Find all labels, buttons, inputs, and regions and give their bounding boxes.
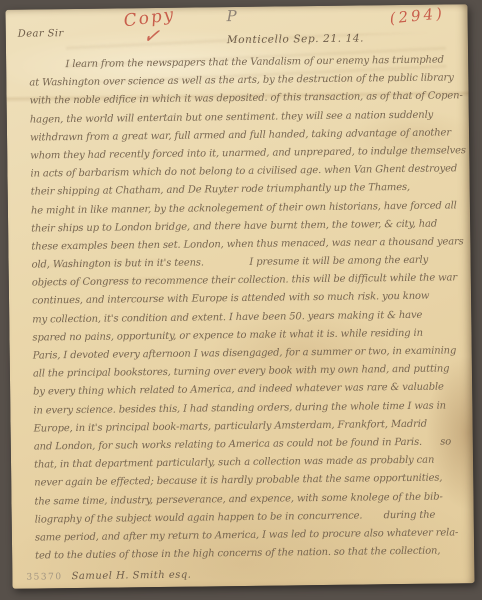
letter-body: I learn from the newspapers that the Van…: [29, 51, 471, 566]
page-number: (294): [389, 4, 446, 27]
dateline: Monticello Sep. 21. 14.: [227, 32, 364, 46]
photo-background: Copy ✓ P (294) Dear Sir Monticello Sep. …: [0, 0, 482, 600]
catalog-number: 35370: [26, 572, 62, 582]
body-line: ted to the duties of those in the high c…: [35, 542, 471, 566]
footer-line: 35370 Samuel H. Smith esq.: [26, 570, 191, 583]
letter-page: Copy ✓ P (294) Dear Sir Monticello Sep. …: [5, 4, 474, 589]
addressee: Samuel H. Smith esq.: [71, 570, 191, 582]
salutation: Dear Sir: [18, 28, 64, 40]
pencil-p-annotation: P: [226, 7, 236, 25]
